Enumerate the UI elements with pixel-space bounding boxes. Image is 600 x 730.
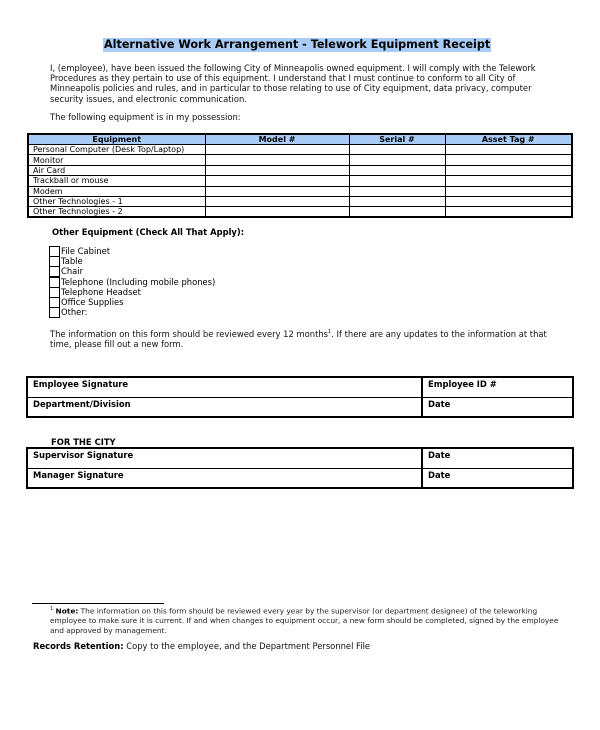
header-asset-tag: Asset Tag # (445, 134, 572, 145)
supervisor-date-field[interactable]: Date (422, 448, 573, 468)
checklist-item: Telephone Headset (49, 287, 215, 297)
equipment-cell: Other Technologies - 2 (28, 207, 205, 218)
manager-date-field[interactable]: Date (422, 468, 573, 488)
model-cell[interactable] (205, 196, 349, 206)
equipment-table: Equipment Model # Serial # Asset Tag # P… (27, 133, 573, 218)
equipment-cell: Monitor (28, 155, 205, 165)
employee-signature-table: Employee Signature Employee ID # Departm… (26, 376, 574, 418)
equipment-cell: Personal Computer (Desk Top/Laptop) (28, 145, 205, 155)
table-row: Personal Computer (Desk Top/Laptop) (28, 145, 572, 155)
signature-row: Department/Division Date (27, 397, 573, 417)
employee-id-field[interactable]: Employee ID # (422, 377, 573, 397)
checkbox[interactable] (49, 307, 60, 318)
checkbox-label: Telephone Headset (61, 287, 141, 297)
serial-cell[interactable] (349, 207, 445, 218)
footnote-label: Note: (56, 606, 79, 615)
table-row: Air Card (28, 165, 572, 175)
asset-tag-cell[interactable] (445, 196, 572, 206)
supervisor-signature-field[interactable]: Supervisor Signature (27, 448, 422, 468)
table-row: Other Technologies - 1 (28, 196, 572, 206)
records-retention: Records Retention: Copy to the employee,… (33, 641, 370, 651)
model-cell[interactable] (205, 165, 349, 175)
employee-date-field[interactable]: Date (422, 397, 573, 417)
footnote-mark: 1 (50, 606, 53, 612)
department-division-field[interactable]: Department/Division (27, 397, 422, 417)
review-paragraph: The information on this form should be r… (50, 327, 560, 349)
checklist-item: Table (49, 256, 215, 266)
header-serial: Serial # (349, 134, 445, 145)
signature-row: Manager Signature Date (27, 468, 573, 488)
checklist-item: Office Supplies (49, 297, 215, 307)
serial-cell[interactable] (349, 186, 445, 196)
other-equipment-checklist: File CabinetTableChairTelephone (Includi… (49, 246, 215, 317)
model-cell[interactable] (205, 186, 349, 196)
equipment-cell: Air Card (28, 165, 205, 175)
retention-label: Records Retention: (33, 641, 124, 651)
checklist-item: Telephone (Including mobile phones) (49, 277, 215, 287)
asset-tag-cell[interactable] (445, 155, 572, 165)
for-the-city-heading: FOR THE CITY (51, 437, 116, 447)
checkbox-label: File Cabinet (61, 246, 110, 256)
model-cell[interactable] (205, 207, 349, 218)
checklist-item: File Cabinet (49, 246, 215, 256)
table-row: Modem (28, 186, 572, 196)
checklist-item: Chair (49, 266, 215, 276)
table-row: Other Technologies - 2 (28, 207, 572, 218)
document-title: Alternative Work Arrangement - Telework … (103, 38, 491, 52)
serial-cell[interactable] (349, 196, 445, 206)
retention-text: Copy to the employee, and the Department… (124, 641, 370, 651)
city-signature-table: Supervisor Signature Date Manager Signat… (26, 447, 574, 489)
serial-cell[interactable] (349, 165, 445, 175)
table-row: Monitor (28, 155, 572, 165)
checklist-item: Other: (49, 307, 215, 317)
asset-tag-cell[interactable] (445, 186, 572, 196)
checkbox-label: Other: (61, 307, 87, 317)
checkbox-label: Office Supplies (61, 297, 124, 307)
asset-tag-cell[interactable] (445, 207, 572, 218)
employee-signature-field[interactable]: Employee Signature (27, 377, 422, 397)
footnote: 1 Note: The information on this form sho… (50, 605, 565, 635)
checkbox-label: Table (61, 256, 83, 266)
table-row: Trackball or mouse (28, 176, 572, 186)
serial-cell[interactable] (349, 145, 445, 155)
equipment-cell: Modem (28, 186, 205, 196)
header-equipment: Equipment (28, 134, 205, 145)
asset-tag-cell[interactable] (445, 165, 572, 175)
model-cell[interactable] (205, 155, 349, 165)
serial-cell[interactable] (349, 176, 445, 186)
intro-paragraph: I, (employee), have been issued the foll… (50, 63, 560, 104)
footnote-text: The information on this form should be r… (50, 606, 558, 634)
other-equipment-heading: Other Equipment (Check All That Apply): (52, 227, 244, 237)
model-cell[interactable] (205, 176, 349, 186)
possession-text: The following equipment is in my possess… (50, 112, 560, 122)
equipment-cell: Other Technologies - 1 (28, 196, 205, 206)
signature-row: Supervisor Signature Date (27, 448, 573, 468)
footnote-divider (32, 603, 164, 604)
asset-tag-cell[interactable] (445, 145, 572, 155)
manager-signature-field[interactable]: Manager Signature (27, 468, 422, 488)
asset-tag-cell[interactable] (445, 176, 572, 186)
model-cell[interactable] (205, 145, 349, 155)
equipment-table-header: Equipment Model # Serial # Asset Tag # (28, 134, 572, 145)
review-text-before: The information on this form should be r… (50, 329, 328, 339)
equipment-cell: Trackball or mouse (28, 176, 205, 186)
header-model: Model # (205, 134, 349, 145)
serial-cell[interactable] (349, 155, 445, 165)
signature-row: Employee Signature Employee ID # (27, 377, 573, 397)
checkbox-label: Chair (61, 266, 83, 276)
checkbox-label: Telephone (Including mobile phones) (61, 277, 215, 287)
